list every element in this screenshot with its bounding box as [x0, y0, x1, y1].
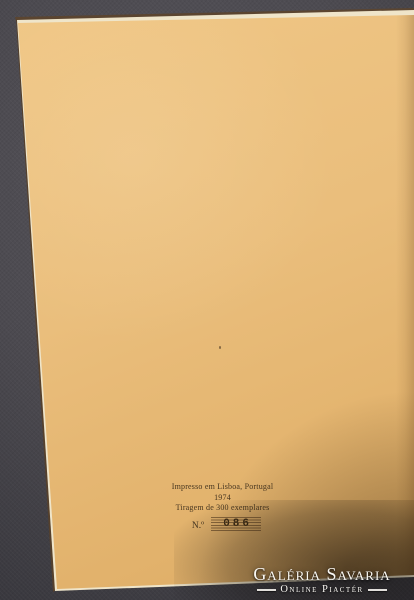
watermark-title: Galéria Savaria [242, 565, 402, 583]
photo-frame: Impresso em Lisboa, Portugal 1974 Tirage… [0, 0, 414, 600]
watermark-subtitle-row: Online Piactér [242, 584, 402, 596]
watermark-rule-left [257, 589, 276, 591]
watermark-rule-right [368, 589, 387, 591]
watermark: Galéria Savaria Online Piactér [242, 565, 402, 596]
imprint-line: Impresso em Lisboa, Portugal [150, 483, 295, 491]
watermark-subtitle: Online Piactér [280, 584, 363, 596]
paper-speck [219, 346, 221, 349]
